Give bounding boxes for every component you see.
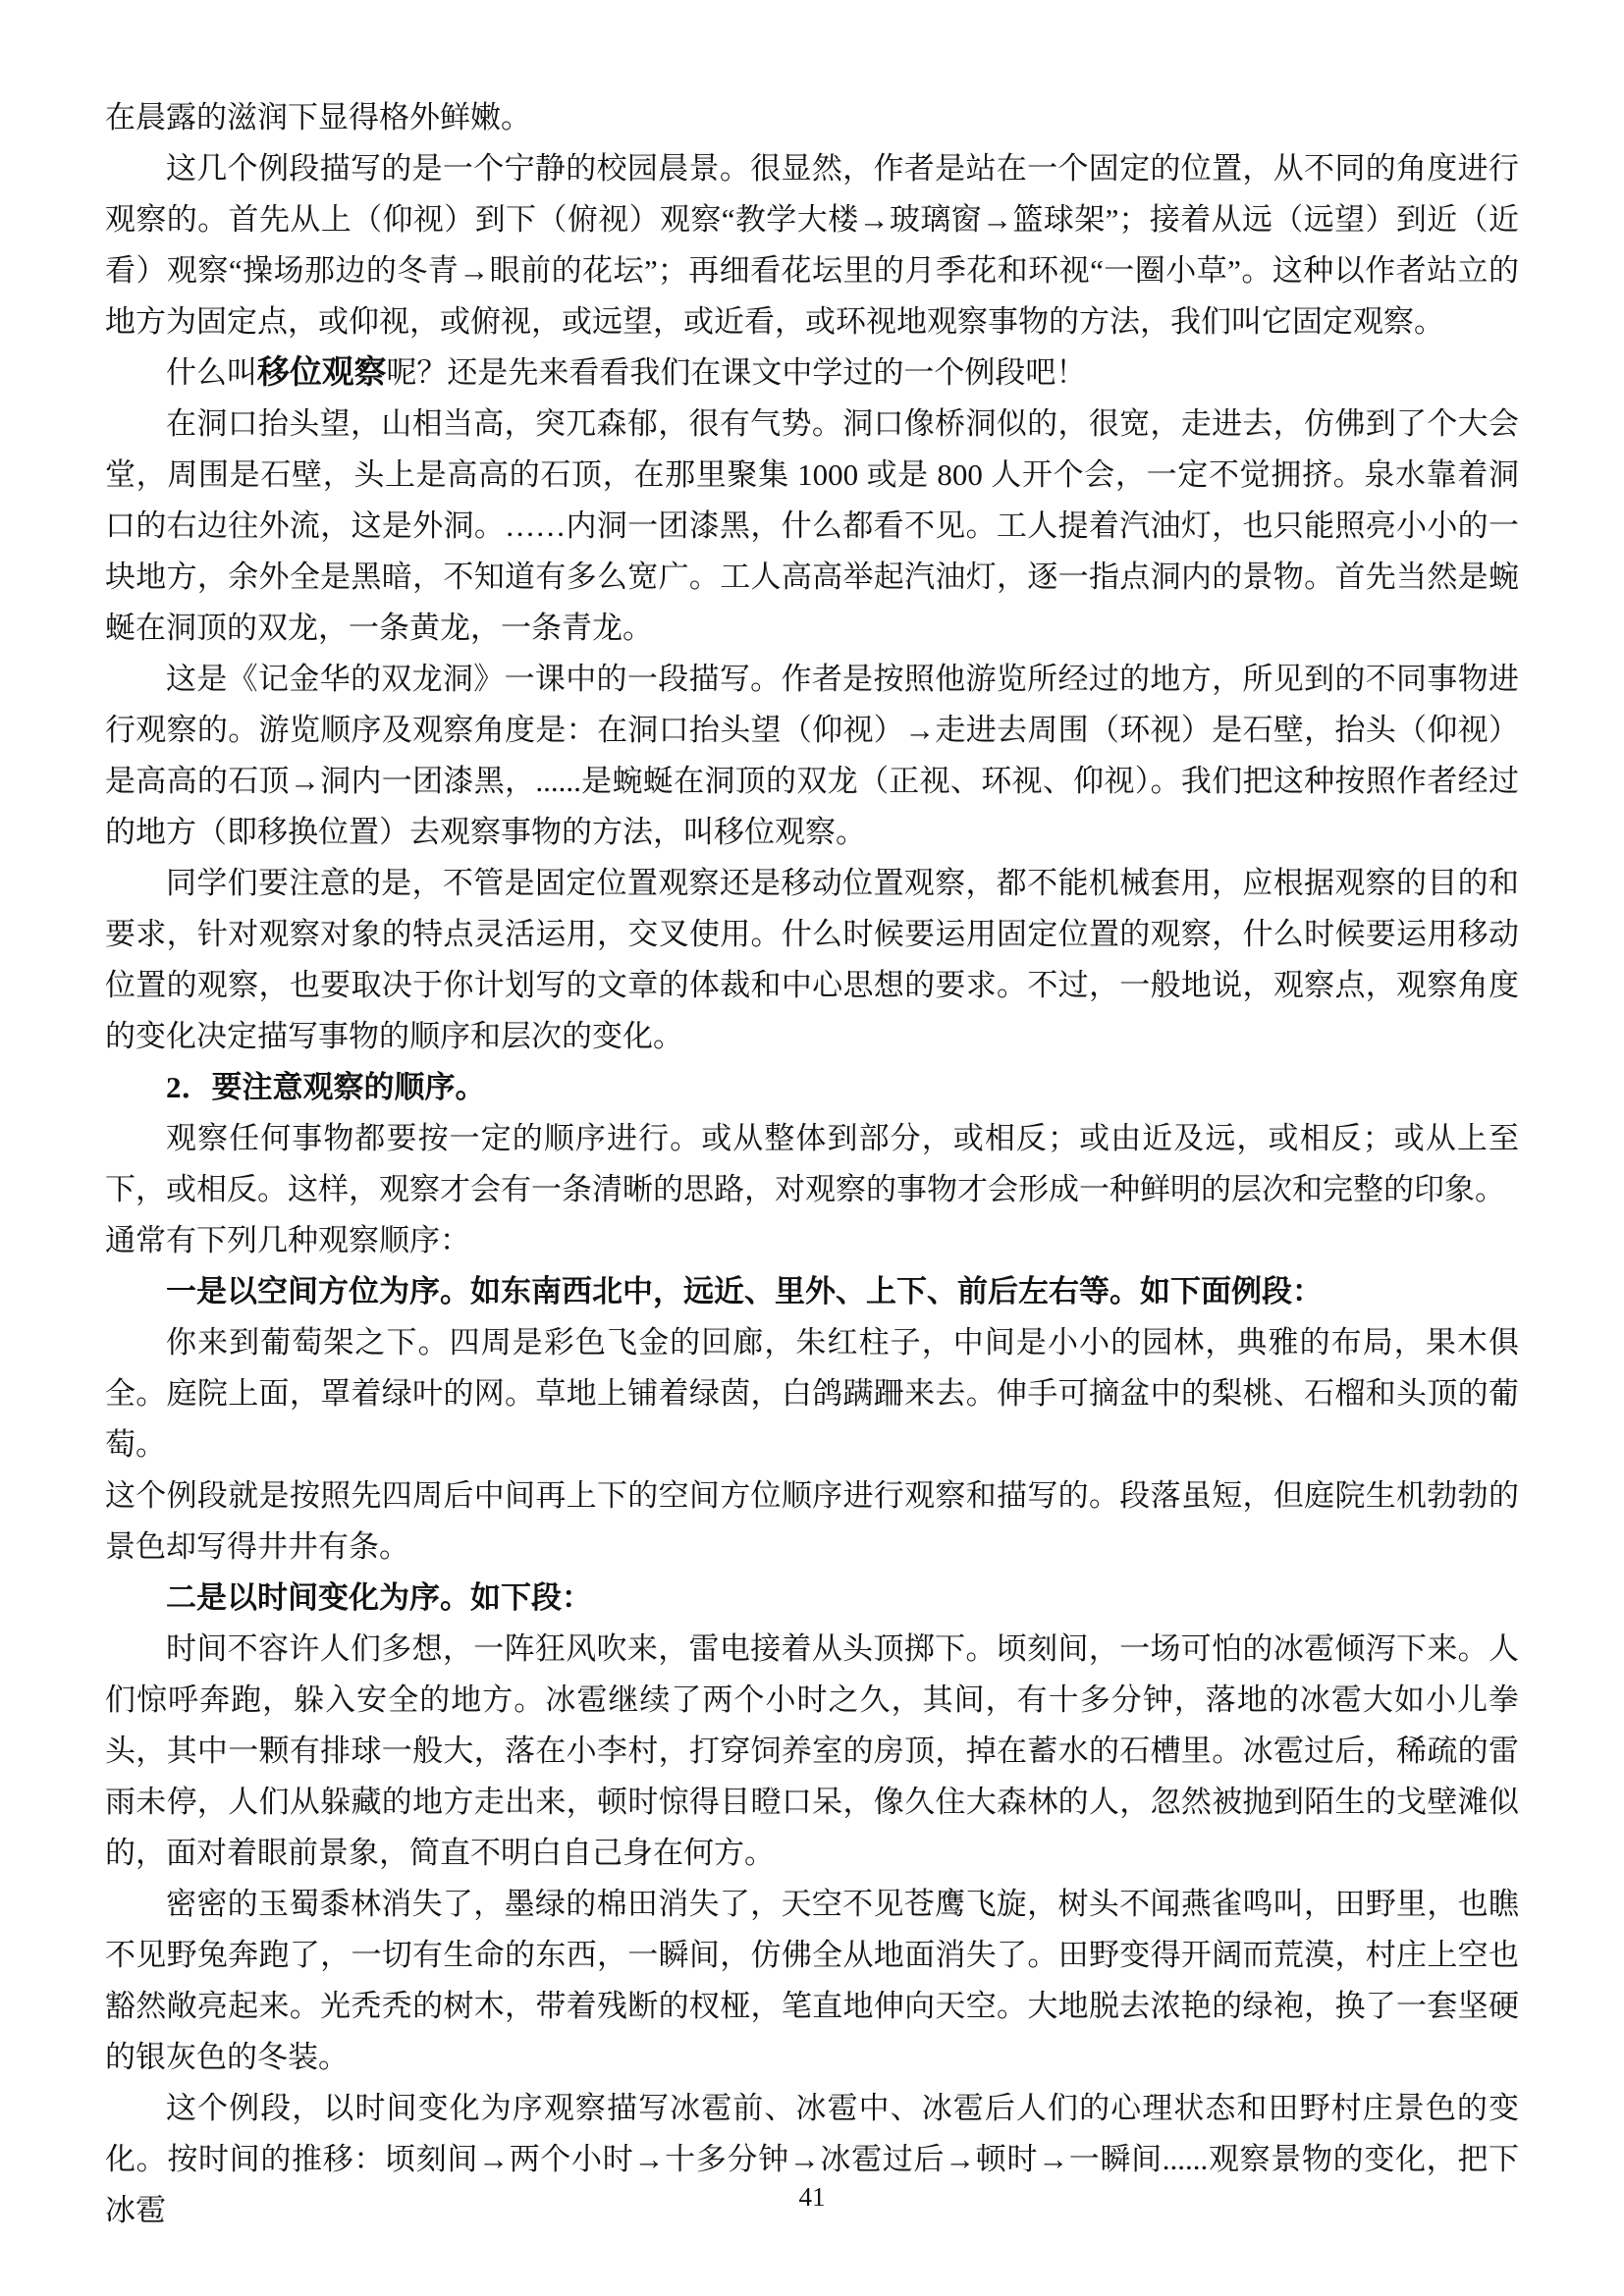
paragraph-shift-observation-question: 什么叫移位观察呢？还是先来看看我们在课文中学过的一个例段吧！ xyxy=(105,347,1519,399)
paragraph-fixed-observation-summary: 这几个例段描写的是一个宁静的校园晨景。很显然，作者是站在一个固定的位置，从不同的… xyxy=(105,143,1519,347)
paragraph-excerpt-analysis: 这是《记金华的双龙洞》一课中的一段描写。作者是按照他游览所经过的地方，所见到的不… xyxy=(105,654,1519,858)
document-page: 在晨露的滋润下显得格外鲜嫩。 这几个例段描写的是一个宁静的校园晨景。很显然，作者… xyxy=(0,0,1624,2296)
text-body: 在晨露的滋润下显得格外鲜嫩。 这几个例段描写的是一个宁静的校园晨景。很显然，作者… xyxy=(105,92,1519,2236)
paragraph-hailstorm-excerpt-1: 时间不容许人们多想，一阵狂风吹来，雷电接着从头顶掷下。顷刻间，一场可怕的冰雹倾泻… xyxy=(105,1624,1519,1879)
heading-time-order: 二是以时间变化为序。如下段： xyxy=(105,1573,1519,1624)
paragraph-order-list-lead: 通常有下列几种观察顺序： xyxy=(105,1215,1519,1266)
paragraph-shuanglongdong-excerpt: 在洞口抬头望，山相当高，突兀森郁，很有气势。洞口像桥洞似的，很宽，走进去，仿佛到… xyxy=(105,399,1519,654)
paragraph-time-commentary: 这个例段，以时间变化为序观察描写冰雹前、冰雹中、冰雹后人们的心理状态和田野村庄景… xyxy=(105,2083,1519,2236)
question-prefix: 什么叫 xyxy=(166,355,257,390)
term-shift-observation: 移位观察 xyxy=(257,355,386,391)
paragraph-grape-trellis-excerpt: 你来到葡萄架之下。四周是彩色飞金的回廊，朱红柱子，中间是小小的园林，典雅的布局，… xyxy=(105,1317,1519,1470)
heading-spatial-order: 一是以空间方位为序。如东南西北中，远近、里外、上下、前后左右等。如下面例段： xyxy=(105,1266,1519,1317)
question-suffix: 呢？还是先来看看我们在课文中学过的一个例段吧！ xyxy=(386,355,1086,390)
paragraph-carryover: 在晨露的滋润下显得格外鲜嫩。 xyxy=(105,92,1519,143)
paragraph-spatial-commentary: 这个例段就是按照先四周后中间再上下的空间方位顺序进行观察和描写的。段落虽短，但庭… xyxy=(105,1470,1519,1573)
paragraph-hailstorm-excerpt-2: 密密的玉蜀黍林消失了，墨绿的棉田消失了，天空不见苍鹰飞旋，树头不闻燕雀鸣叫，田野… xyxy=(105,1879,1519,2083)
page-number: 41 xyxy=(0,2181,1624,2213)
paragraph-note-flexible-use: 同学们要注意的是，不管是固定位置观察还是移动位置观察，都不能机械套用，应根据观察… xyxy=(105,858,1519,1062)
paragraph-order-principle: 观察任何事物都要按一定的顺序进行。或从整体到部分，或相反；或由近及远，或相反；或… xyxy=(105,1113,1519,1215)
heading-section-2: 2．要注意观察的顺序。 xyxy=(105,1062,1519,1113)
